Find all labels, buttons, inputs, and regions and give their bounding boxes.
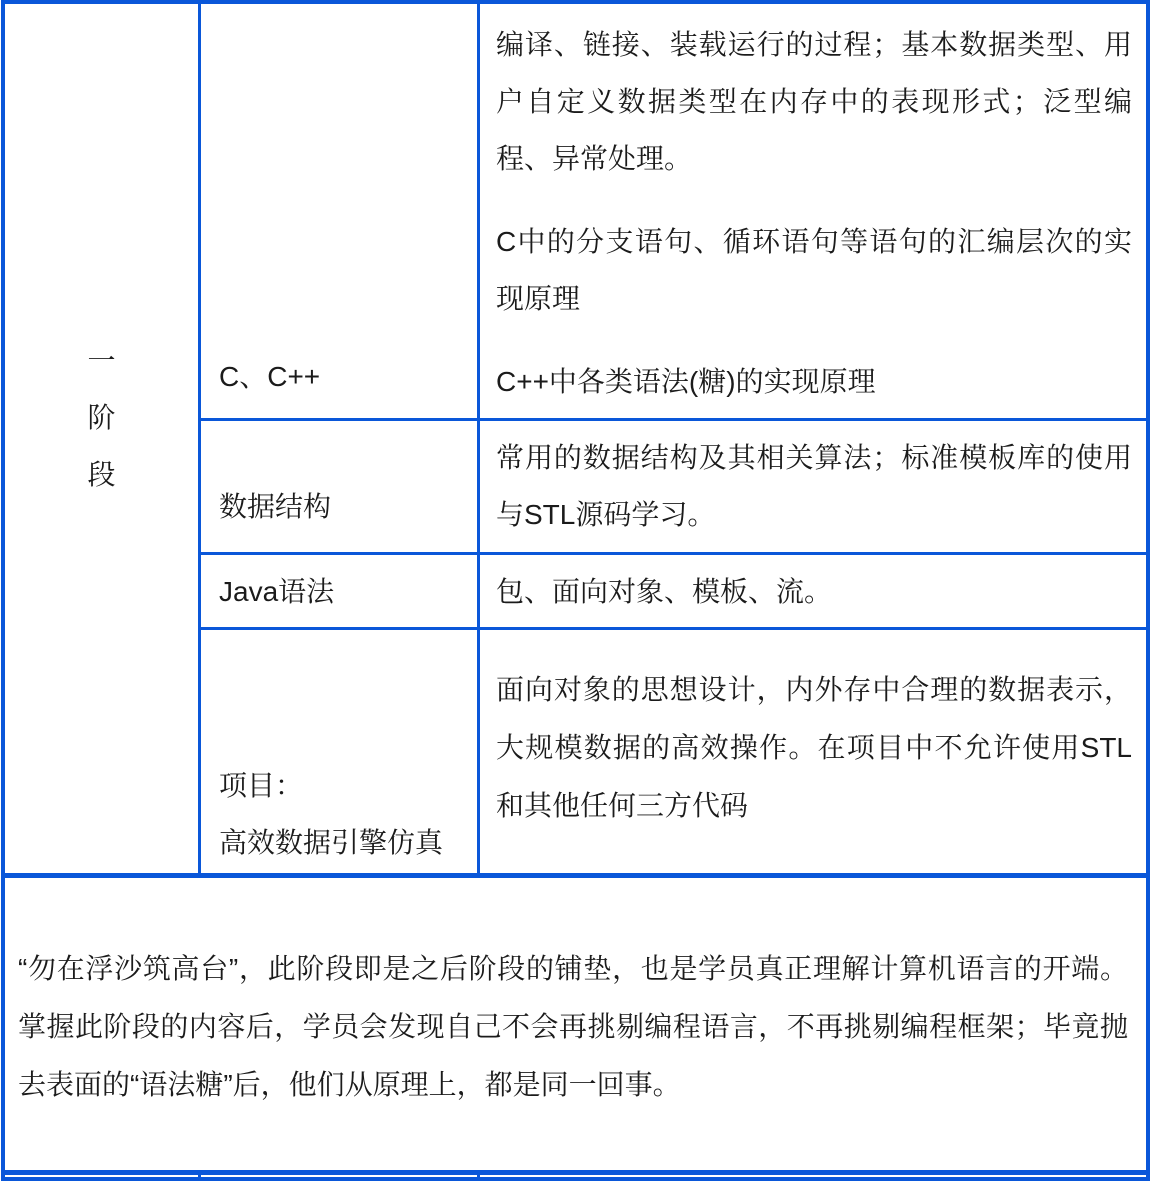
topic-label: 数据结构	[219, 478, 469, 535]
topic-cell-java: Java语法	[201, 555, 480, 630]
detail-paragraph: 常用的数据结构及其相关算法；标准模板库的使用与STL源码学习。	[496, 429, 1132, 543]
summary-cell: “勿在浮沙筑高台”，此阶段即是之后阶段的铺垫，也是学员真正理解计算机语言的开端。…	[5, 878, 1146, 1175]
detail-cell-java: 包、面向对象、模板、流。	[480, 555, 1146, 630]
stage-char: 一	[87, 332, 115, 389]
topic-label: Java语法	[219, 563, 469, 620]
detail-cell-project: 面向对象的思想设计，内外存中合理的数据表示，大规模数据的高效操作。在项目中不允许…	[480, 630, 1146, 878]
topic-cell-project: 项目： 高效数据引擎仿真	[201, 630, 480, 878]
topic-cell-c-cpp: C、C++	[201, 4, 480, 421]
detail-cell-c-cpp: 编译、链接、装载运行的过程；基本数据类型、用户自定义数据类型在内存中的表现形式；…	[480, 4, 1146, 421]
detail-paragraph: 面向对象的思想设计，内外存中合理的数据表示，大规模数据的高效操作。在项目中不允许…	[496, 661, 1132, 835]
next-row-stub	[201, 1175, 480, 1177]
stage-cell: 一 阶 段	[5, 4, 201, 878]
summary-text: “勿在浮沙筑高台”，此阶段即是之后阶段的铺垫，也是学员真正理解计算机语言的开端。…	[18, 953, 1128, 1100]
detail-paragraph: C中的分支语句、循环语句等语句的汇编层次的实现原理	[496, 213, 1132, 327]
next-row-stub	[480, 1175, 1146, 1177]
topic-label: 高效数据引擎仿真	[219, 814, 469, 871]
document-page: 一 阶 段 C、C++ 编译、链接、装载运行的过程；基本数据类型、用户自定义数据…	[0, 0, 1158, 1182]
detail-paragraph: 包、面向对象、模板、流。	[496, 563, 832, 620]
topic-cell-data-structures: 数据结构	[201, 421, 480, 555]
detail-paragraph: C++中各类语法(糖)的实现原理	[496, 353, 1132, 410]
next-row-stub	[5, 1175, 201, 1177]
stage-char: 阶	[87, 389, 115, 446]
stage-char: 段	[87, 446, 115, 503]
topic-label: 项目：	[219, 757, 469, 814]
curriculum-table: 一 阶 段 C、C++ 编译、链接、装载运行的过程；基本数据类型、用户自定义数据…	[1, 0, 1150, 1181]
topic-label: C、C++	[219, 348, 469, 405]
detail-paragraph: 编译、链接、装载运行的过程；基本数据类型、用户自定义数据类型在内存中的表现形式；…	[496, 16, 1132, 187]
detail-cell-data-structures: 常用的数据结构及其相关算法；标准模板库的使用与STL源码学习。	[480, 421, 1146, 555]
